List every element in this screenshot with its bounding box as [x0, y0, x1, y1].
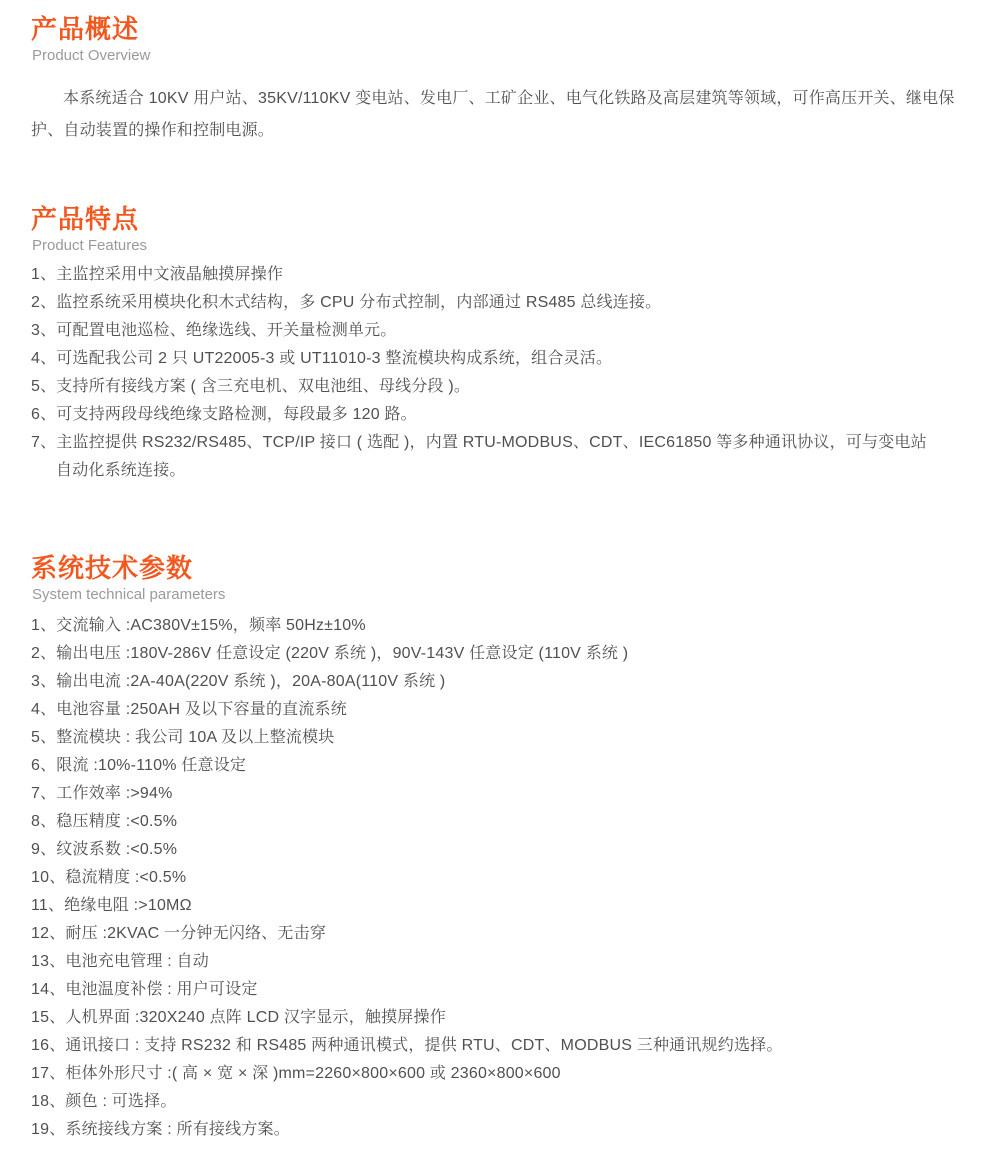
spec-list-item: 4、可选配我公司 2 只 UT22005-3 或 UT11010-3 整流模块构…: [31, 345, 970, 373]
section-subtitle-features: Product Features: [32, 236, 970, 255]
spec-list-item: 7、工作效率 :>94%: [31, 780, 970, 808]
spec-list-item: 3、可配置电池巡检、绝缘选线、开关量检测单元。: [31, 317, 970, 345]
features-list: 1、主监控采用中文液晶触摸屏操作2、监控系统采用模块化积木式结构，多 CPU 分…: [31, 261, 970, 485]
spec-list-item: 2、输出电压 :180V-286V 任意设定 (220V 系统 )，90V-14…: [31, 640, 970, 668]
section-title-parameters: 系统技术参数: [31, 553, 970, 583]
spec-list-item: 1、主监控采用中文液晶触摸屏操作: [31, 261, 970, 289]
spec-list-item: 7、主监控提供 RS232/RS485、TCP/IP 接口 ( 选配 )，内置 …: [31, 429, 970, 485]
spec-list-item: 19、系统接线方案 : 所有接线方案。: [31, 1116, 970, 1144]
spec-list-item: 2、监控系统采用模块化积木式结构，多 CPU 分布式控制，内部通过 RS485 …: [31, 289, 970, 317]
spec-list-item: 9、纹波系数 :<0.5%: [31, 836, 970, 864]
spec-list-item: 5、整流模块 : 我公司 10A 及以上整流模块: [31, 724, 970, 752]
section-title-features: 产品特点: [31, 204, 970, 234]
spec-list-item: 6、限流 :10%-110% 任意设定: [31, 752, 970, 780]
spec-list-item: 4、电池容量 :250AH 及以下容量的直流系统: [31, 696, 970, 724]
spec-list-item: 13、电池充电管理 : 自动: [31, 948, 970, 976]
section-subtitle-parameters: System technical parameters: [32, 585, 970, 604]
spec-list-item: 1、交流输入 :AC380V±15%，频率 50Hz±10%: [31, 612, 970, 640]
section-subtitle-overview: Product Overview: [32, 46, 970, 65]
product-detail-page: 产品概述 Product Overview 本系统适合 10KV 用户站、35K…: [0, 0, 1000, 1164]
section-title-overview: 产品概述: [31, 14, 970, 44]
spec-list-item: 11、绝缘电阻 :>10MΩ: [31, 892, 970, 920]
spec-list-item: 8、稳压精度 :<0.5%: [31, 808, 970, 836]
section-product-features: 产品特点 Product Features 1、主监控采用中文液晶触摸屏操作2、…: [31, 204, 970, 485]
spec-list-item: 6、可支持两段母线绝缘支路检测，每段最多 120 路。: [31, 401, 970, 429]
parameters-list: 1、交流输入 :AC380V±15%，频率 50Hz±10%2、输出电压 :18…: [31, 612, 970, 1144]
spec-list-item: 18、颜色 : 可选择。: [31, 1088, 970, 1116]
spec-list-item: 10、稳流精度 :<0.5%: [31, 864, 970, 892]
spec-list-item: 16、通讯接口 : 支持 RS232 和 RS485 两种通讯模式，提供 RTU…: [31, 1032, 970, 1060]
spec-list-item: 3、输出电流 :2A-40A(220V 系统 )，20A-80A(110V 系统…: [31, 668, 970, 696]
spec-list-item: 5、支持所有接线方案 ( 含三充电机、双电池组、母线分段 )。: [31, 373, 970, 401]
spec-list-item: 15、人机界面 :320X240 点阵 LCD 汉字显示，触摸屏操作: [31, 1004, 970, 1032]
section-product-overview: 产品概述 Product Overview 本系统适合 10KV 用户站、35K…: [31, 14, 970, 147]
spec-list-item: 17、柜体外形尺寸 :( 高 × 宽 × 深 )mm=2260×800×600 …: [31, 1060, 970, 1088]
overview-paragraph: 本系统适合 10KV 用户站、35KV/110KV 变电站、发电厂、工矿企业、电…: [31, 83, 970, 147]
spec-list-item: 14、电池温度补偿 : 用户可设定: [31, 976, 970, 1004]
section-technical-parameters: 系统技术参数 System technical parameters 1、交流输…: [31, 553, 970, 1144]
spec-list-item: 12、耐压 :2KVAC 一分钟无闪络、无击穿: [31, 920, 970, 948]
